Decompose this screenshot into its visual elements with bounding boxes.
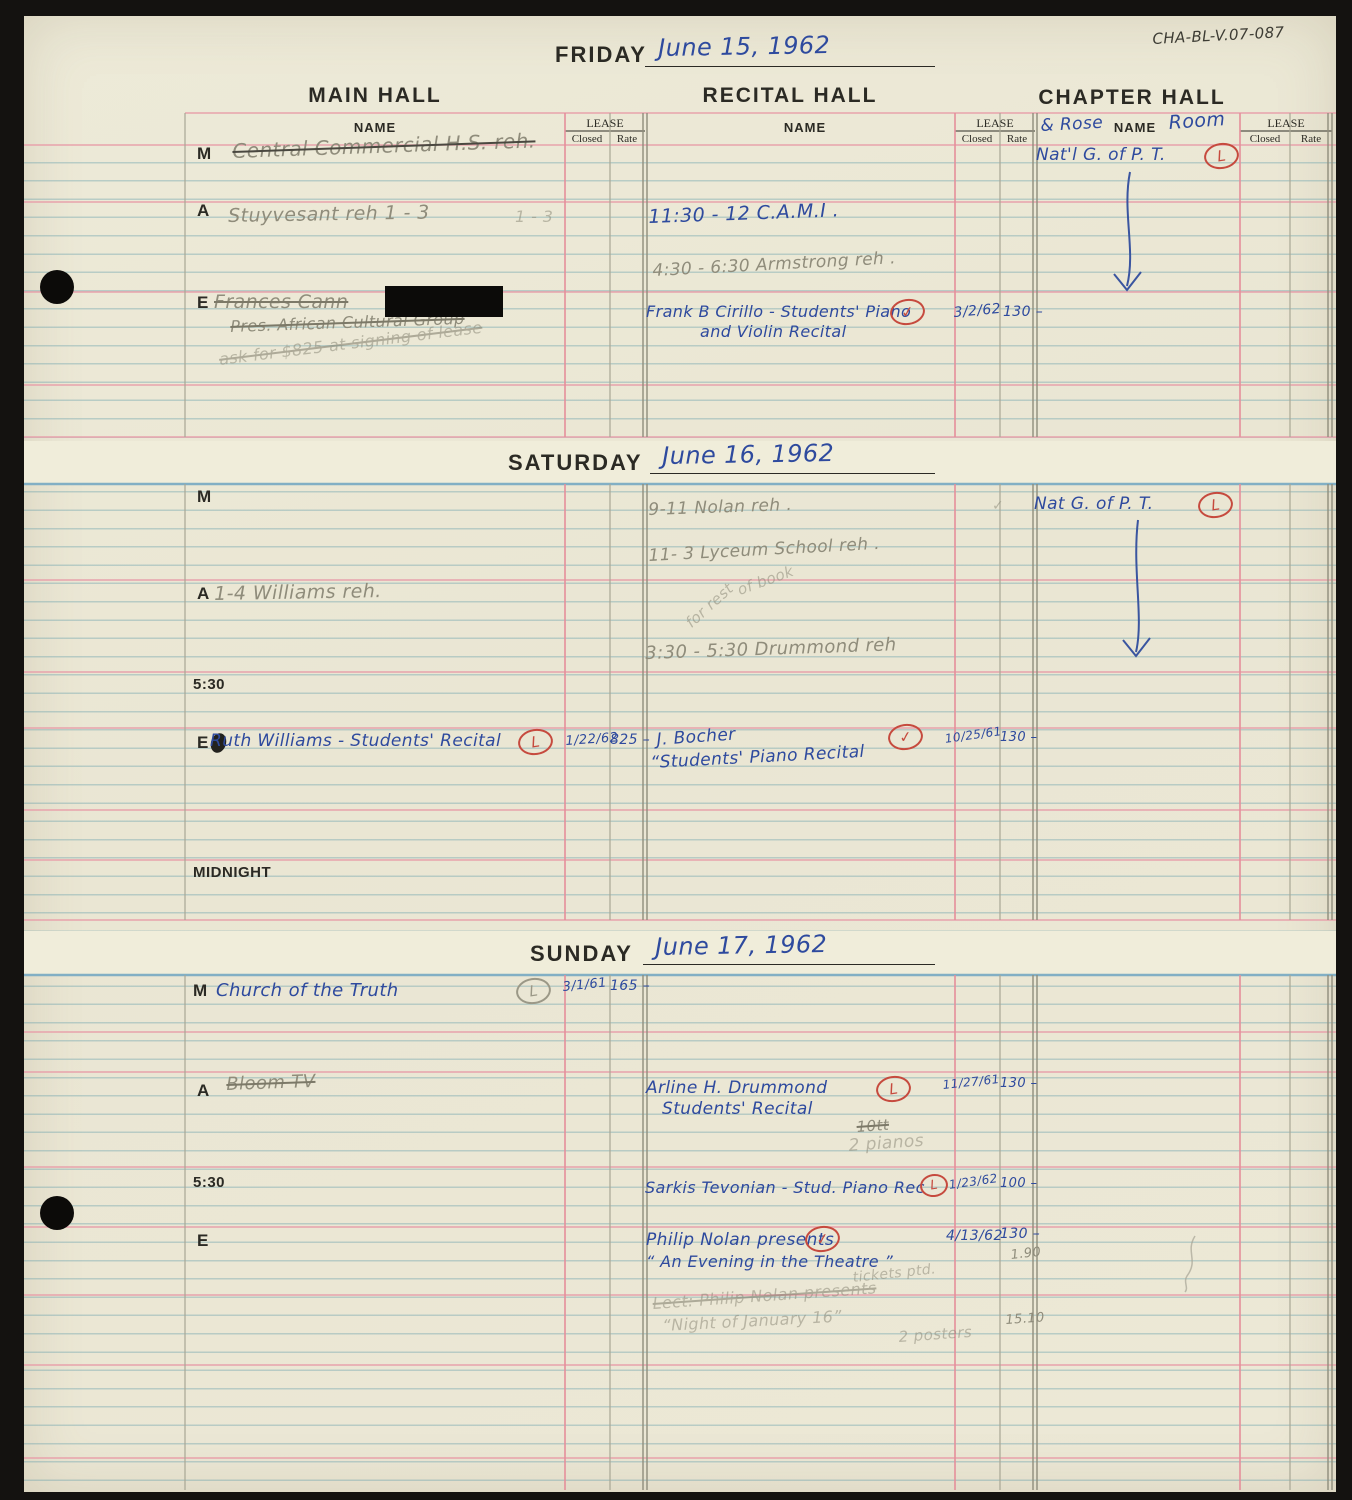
sunday-recital-afternoon-line1: Arline H. Drummond: [646, 1078, 827, 1098]
chapter-closed-header: Closed: [1250, 133, 1281, 145]
friday-recital-lease-rate: 130 –: [1003, 304, 1043, 320]
friday-recital-evening-line1: Frank B Cirillo - Students' Piano: [646, 302, 911, 321]
main-hall-header: MAIN HALL: [308, 84, 441, 108]
saturday-530-label: 5:30: [193, 676, 225, 693]
recital-name-header: NAME: [784, 120, 826, 135]
sunday-main-lease-rate: 165 –: [610, 978, 650, 994]
saturday-evening-label: E: [197, 733, 208, 753]
saturday-chapter-tick: ✓: [992, 498, 1004, 514]
saturday-chapter-entry: Nat G. of P. T.: [1034, 494, 1153, 514]
friday-main-evening-name: Frances Cann: [214, 291, 348, 313]
friday-recital-evening-line2: and Violin Recital: [700, 322, 846, 341]
recital-hall-header: RECITAL HALL: [703, 84, 878, 108]
sunday-main-afternoon-entry: Bloom TV: [226, 1071, 316, 1095]
saturday-main-evening-entry: Ruth Williams - Students' Recital: [210, 731, 501, 751]
saturday-midnight-label: MIDNIGHT: [193, 864, 271, 881]
chapter-header-note-rose: & Rose: [1040, 113, 1104, 136]
chapter-lease-header: LEASE: [1267, 116, 1304, 131]
scanned-ledger-page: CHA-BL-V.07-087 FRIDAY June 15, 1962 MAI…: [0, 0, 1352, 1500]
sunday-recital-530-rate: 100 –: [1000, 1176, 1037, 1191]
friday-date: June 15, 1962: [658, 31, 830, 62]
sunday-main-morning-entry: Church of the Truth: [216, 980, 399, 1001]
saturday-main-afternoon-entry: 1-4 Williams reh.: [214, 580, 382, 605]
chapter-rate-header: Rate: [1301, 133, 1321, 145]
recital-rate-header: Rate: [1007, 133, 1027, 145]
friday-evening-label: E: [197, 293, 208, 313]
saturday-morning-label: M: [197, 487, 211, 507]
friday-afternoon-label: A: [197, 201, 209, 221]
sunday-date: June 17, 1962: [655, 930, 827, 961]
friday-main-afternoon-lease-note: 1 - 3: [515, 207, 553, 226]
sunday-evening-label: E: [197, 1231, 208, 1251]
sunday-chapter-pencil-squiggle: [1165, 1232, 1205, 1296]
saturday-main-lease-rate: 825 –: [610, 732, 650, 748]
friday-morning-label: M: [197, 144, 211, 164]
sunday-recital-530-entry: Sarkis Tevonian - Stud. Piano Rec: [645, 1178, 925, 1197]
recital-closed-header: Closed: [962, 133, 993, 145]
friday-chapter-entry: Nat'l G. of P. T.: [1036, 145, 1166, 165]
sunday-recital-evening-rate-note2: 15.10: [1005, 1310, 1045, 1328]
hole-punch-bottom: [40, 1196, 74, 1230]
sunday-recital-evening-rate: 130 –: [1000, 1226, 1040, 1242]
sunday-day-label: SUNDAY: [530, 941, 633, 967]
recital-lease-header: LEASE: [976, 116, 1013, 131]
sunday-recital-evening-line2: “ An Evening in the Theatre ”: [646, 1252, 893, 1271]
friday-main-afternoon-entry: Stuyvesant reh 1 - 3: [228, 201, 430, 227]
saturday-chapter-down-arrow: [1108, 518, 1162, 676]
main-rate-header: Rate: [617, 133, 637, 145]
sunday-recital-afternoon-rate: 130 –: [1000, 1076, 1037, 1091]
saturday-recital-lease-rate: 130 –: [1000, 730, 1037, 745]
redaction-box: [385, 286, 503, 317]
friday-day-label: FRIDAY: [555, 42, 647, 68]
main-lease-header: LEASE: [586, 116, 623, 131]
sunday-morning-label: M: [193, 981, 207, 1001]
sunday-recital-afternoon-line2: Students' Recital: [662, 1099, 813, 1119]
chapter-name-header: NAME: [1114, 120, 1156, 135]
chapter-header-note-room: Room: [1168, 108, 1226, 134]
chapter-hall-header: CHAPTER HALL: [1038, 86, 1225, 110]
sunday-530-label: 5:30: [193, 1174, 225, 1191]
main-closed-header: Closed: [572, 133, 603, 145]
saturday-date: June 16, 1962: [662, 439, 834, 470]
saturday-day-label: SATURDAY: [508, 450, 643, 476]
saturday-afternoon-label: A: [197, 584, 209, 604]
hole-punch-top: [40, 270, 74, 304]
sunday-recital-evening-rate-note: 1.90: [1010, 1245, 1042, 1263]
friday-chapter-down-arrow: [1100, 170, 1152, 312]
sunday-recital-evening-closed: 4/13/62: [946, 1228, 1003, 1244]
sunday-afternoon-label: A: [197, 1081, 209, 1101]
